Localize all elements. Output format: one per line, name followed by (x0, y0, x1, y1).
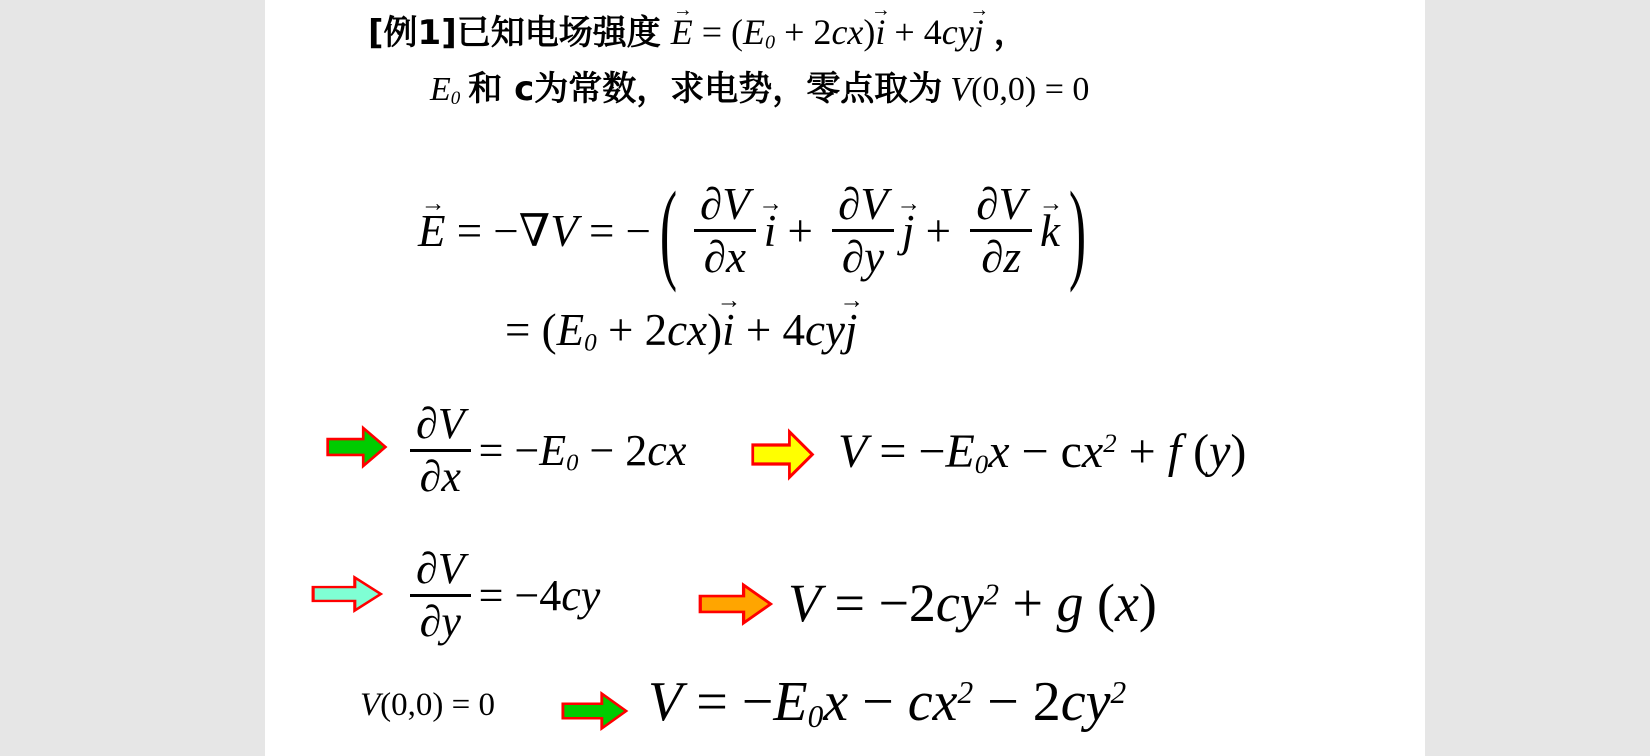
slide-canvas: [例1]已知电场强度 →E = (E0 + 2cx)→i + 4cy→j ， E… (265, 0, 1425, 756)
green-right-arrow-final-shape (563, 694, 626, 729)
gradient-equation-line-2: = (E0 + 2cx)→i + 4cy→j (505, 302, 857, 358)
orange-right-arrow-shape (700, 585, 770, 623)
yellow-right-arrow-icon (750, 427, 816, 482)
yellow-right-arrow-shape (753, 432, 813, 477)
title-line-2: E0 和 c为常数，求电势，零点取为 V(0,0) = 0 (430, 64, 1089, 115)
green-right-arrow-shape (328, 428, 386, 466)
partial-y-equation: ∂V∂y= −4cy (402, 536, 600, 654)
title-zero-condition: V(0,0) = 0 (950, 71, 1089, 109)
gradient-equation-line-1: →E = −∇V = −(∂V∂x→i + ∂V∂y→j + ∂V∂z→k) (418, 158, 1095, 303)
title-label-2: 和 c为常数，求电势，零点取为 (468, 64, 942, 115)
page-background: { "colors": { "page_bg": "#e6e6e6", "sli… (0, 0, 1650, 756)
green-right-arrow-icon (325, 424, 389, 470)
zero-point-condition: V(0,0) = 0 (360, 684, 495, 727)
title-comma: ， (994, 8, 1028, 59)
title-line-1: [例1]已知电场强度 →E = (E0 + 2cx)→i + 4cy→j ， (368, 8, 1028, 59)
potential-y-integral: V = −2cy2 + g (x) (788, 572, 1157, 634)
green-right-arrow-final-icon (560, 690, 630, 732)
title-constant-symbol: E0 (430, 71, 460, 109)
partial-x-equation: ∂V∂x= −E0 − 2cx (402, 392, 686, 508)
final-potential-result: V = −E0x − cx2 − 2cy2 (648, 672, 1126, 734)
cyan-right-arrow-shape (313, 577, 381, 610)
cyan-right-arrow-icon (310, 574, 385, 614)
title-field-formula: →E = (E0 + 2cx)→i + 4cy→j (671, 11, 984, 53)
potential-x-integral: V = −E0x − cx2 + f (y) (838, 424, 1246, 479)
title-label: [例1]已知电场强度 (368, 8, 661, 59)
orange-right-arrow-icon (697, 581, 775, 627)
